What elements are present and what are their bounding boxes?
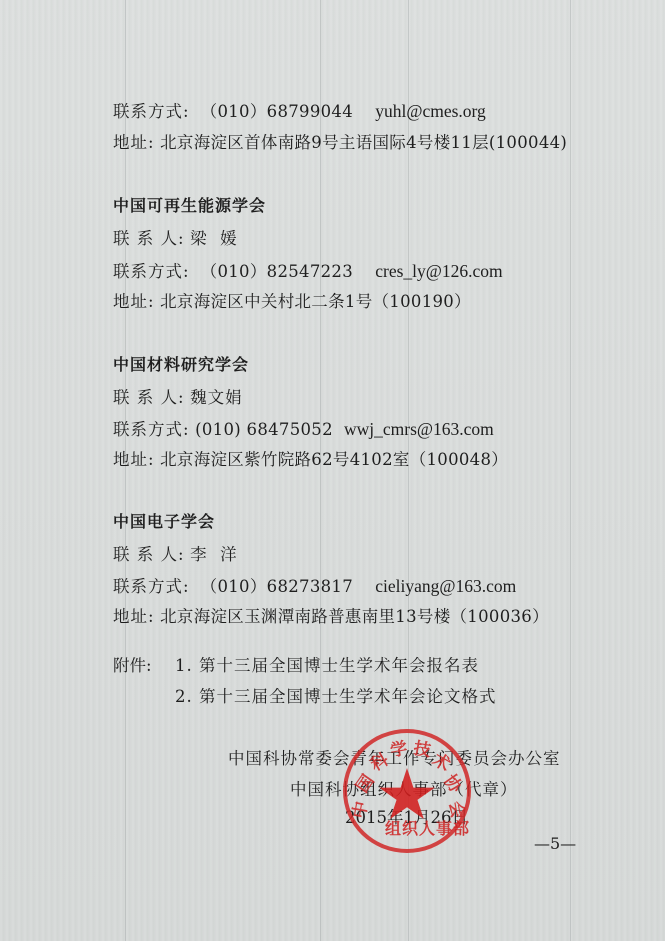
attachments-label: 附件:: [113, 652, 152, 676]
address-label: 地址:: [113, 607, 155, 626]
top-address-line: 地址: 北京海淀区首体南路9号主语国际4号楼11层(100044): [113, 133, 567, 153]
contact-label: 联系方式:: [113, 262, 190, 281]
org-name: 中国材料研究学会: [113, 355, 249, 375]
address-value: 北京海淀区玉渊潭南路普惠南里13号楼（100036）: [160, 607, 549, 626]
address-label: 地址:: [113, 292, 155, 311]
address-label: 地址:: [113, 450, 155, 469]
email-link[interactable]: cres_ly@126.com: [375, 261, 502, 281]
org-contact-line: 联系方式: （010）68273817 cieliyang@163.com: [113, 576, 516, 597]
org-contact-line: 联系方式: （010）82547223 cres_ly@126.com: [113, 261, 503, 282]
attachment-item: 1. 第十三届全国博士生学术年会报名表: [175, 652, 479, 676]
address-value: 北京海淀区中关村北二条1号（100190）: [160, 292, 471, 311]
email-link[interactable]: wwj_cmrs@163.com: [344, 419, 494, 439]
contact-label: 联系方式:: [113, 420, 190, 439]
person-label: 联 系 人:: [113, 388, 185, 407]
attachment-item: 2. 第十三届全国博士生学术年会论文格式: [175, 683, 497, 707]
email-link[interactable]: cieliyang@163.com: [375, 576, 516, 596]
person-name: 魏文娟: [190, 388, 243, 407]
person-label: 联 系 人:: [113, 545, 185, 564]
person-name: 李 洋: [190, 545, 238, 564]
scan-artifact: [570, 0, 571, 941]
address-value: 北京海淀区紫竹院路62号4102室（100048）: [160, 450, 508, 469]
org-person-line: 联 系 人: 李 洋: [113, 545, 238, 565]
person-name: 梁 媛: [190, 229, 238, 248]
org-person-line: 联 系 人: 魏文娟: [113, 388, 243, 408]
phone-number: (010) 68475052: [195, 420, 333, 439]
seal-department-text: 组织人事部: [385, 816, 470, 839]
org-name: 中国可再生能源学会: [113, 196, 266, 216]
address-label: 地址:: [113, 133, 155, 152]
org-person-line: 联 系 人: 梁 媛: [113, 229, 238, 249]
phone-number: （010）68799044: [201, 102, 353, 121]
email-link[interactable]: yuhl@cmes.org: [375, 101, 486, 121]
org-name: 中国电子学会: [113, 512, 215, 532]
person-label: 联 系 人:: [113, 229, 185, 248]
page-number: —5—: [534, 834, 576, 853]
org-contact-line: 联系方式: (010) 68475052 wwj_cmrs@163.com: [113, 419, 494, 440]
phone-number: （010）68273817: [201, 577, 353, 596]
address-value: 北京海淀区首体南路9号主语国际4号楼11层(100044): [160, 133, 567, 152]
phone-number: （010）82547223: [201, 262, 353, 281]
top-contact-line: 联系方式: （010）68799044 yuhl@cmes.org: [113, 101, 486, 122]
org-address-line: 地址: 北京海淀区紫竹院路62号4102室（100048）: [113, 450, 508, 470]
org-address-line: 地址: 北京海淀区玉渊潭南路普惠南里13号楼（100036）: [113, 607, 549, 627]
contact-label: 联系方式:: [113, 102, 190, 121]
contact-label: 联系方式:: [113, 577, 190, 596]
org-address-line: 地址: 北京海淀区中关村北二条1号（100190）: [113, 292, 471, 312]
